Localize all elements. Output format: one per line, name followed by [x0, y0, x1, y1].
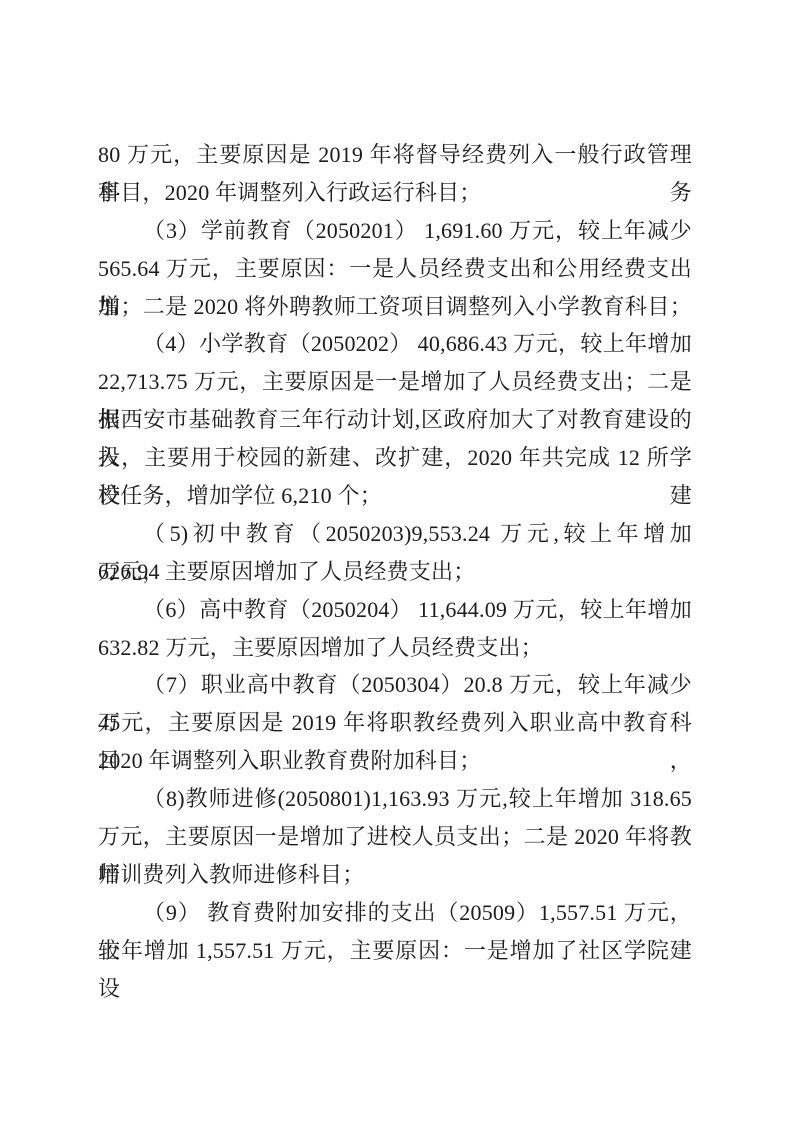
text-line: （7）职业高中教育（2050304）20.8 万元，较上年减少 45: [98, 666, 692, 704]
text-line: （3）学前教育（2050201） 1,691.60 万元，较上年减少: [98, 212, 692, 250]
text-line: 632.82 万元，主要原因增加了人员经费支出；: [98, 629, 692, 667]
text-line: 上年增加 1,557.51 万元，主要原因：一是增加了社区学院建设: [98, 932, 692, 970]
document-page: 80 万元，主要原因是 2019 年将督导经费列入一般行政管理事务 科目，202…: [0, 0, 793, 1122]
text-line: 万元，主要原因是 2019 年将职教经费列入职业高中教育科目，: [98, 704, 692, 742]
text-line: 入，主要用于校园的新建、改扩建，2020 年共完成 12 所学校建: [98, 439, 692, 477]
text-line: （8)教师进修(2050801)1,163.93 万元,较上年增加 318.65: [98, 780, 692, 818]
text-line: 565.64 万元，主要原因：一是人员经费支出和公用经费支出增: [98, 250, 692, 288]
text-line: 万元，主要原因一是增加了进校人员支出；二是 2020 年将教师: [98, 818, 692, 856]
text-line: 80 万元，主要原因是 2019 年将督导经费列入一般行政管理事务: [98, 136, 692, 174]
text-line: 据西安市基础教育三年行动计划,区政府加大了对教育建设的投: [98, 401, 692, 439]
text-line: （9） 教育费附加安排的支出（20509）1,557.51 万元，较: [98, 894, 692, 932]
text-line: （6）高中教育（2050204） 11,644.09 万元，较上年增加: [98, 591, 692, 629]
text-line: 加；二是 2020 将外聘教师工资项目调整列入小学教育科目；: [98, 288, 692, 326]
text-line: 22,713.75 万元，主要原因是一是增加了人员经费支出；二是根: [98, 363, 692, 401]
text-line: （4）小学教育（2050202） 40,686.43 万元，较上年增加: [98, 325, 692, 363]
body-text: 80 万元，主要原因是 2019 年将督导经费列入一般行政管理事务 科目，202…: [98, 136, 692, 970]
text-line: 培训费列入教师进修科目；: [98, 856, 692, 894]
text-line: 万元，主要原因增加了人员经费支出；: [98, 553, 692, 591]
text-line: （5)初中教育（2050203)9,553.24 万元,较上年增加 626.94: [98, 515, 692, 553]
